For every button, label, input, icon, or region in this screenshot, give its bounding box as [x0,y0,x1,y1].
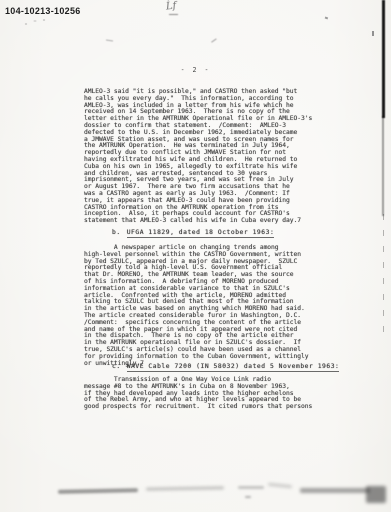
scan-artifact-tick [106,40,113,42]
subitem-b-heading: b.UFGA 11829, dated 18 October 1963: [112,229,274,236]
page-number: - 2 - [0,66,391,74]
scan-artifact-tick [325,17,328,19]
subitem-c-citation: WAVE Cable 7200 (IN 58032) dated 5 Novem… [127,363,340,372]
subitem-b-label: b. [112,229,121,236]
subitem-b-citation: UFGA 11829, dated 18 October 1963: [127,229,275,238]
scan-edge-line-dashes [383,214,384,339]
bottom-smudge [300,488,370,493]
pencil-annotation: Ĺf [165,0,176,12]
scan-edge-line [382,0,385,118]
scan-artifact-tick [372,31,374,36]
bottom-smudge [245,496,251,498]
bottom-smudge-blob [366,486,386,503]
paragraph-c-body: Transmission of a One Way Voice Link rad… [84,377,312,411]
paragraph-a-continuation: AMLEO-3 said "it is possible," and CASTR… [84,89,312,225]
bottom-smudge [238,486,264,489]
scan-artifact-tick [211,38,217,43]
bottom-smudge [58,488,138,494]
scan-edge-line-faded [382,116,384,216]
subitem-c-heading: c.WAVE Cable 7200 (IN 58032) dated 5 Nov… [112,363,339,370]
scanned-document-page: 104-10213-10256 Ĺf - 2 - AMLEO-3 said "i… [0,0,391,512]
bottom-smudge [146,486,224,490]
paragraph-b-body: A newspaper article on changing trends a… [84,245,308,367]
text-line: statement that AMLEO-3 called his wife i… [84,218,312,225]
text-line: good prospects for recruitment. It cited… [84,404,312,411]
document-record-number: 104-10213-10256 [5,6,81,16]
subitem-c-label: c. [112,363,121,370]
pencil-dash-mark [169,14,178,15]
bottom-smudge [268,483,292,488]
scan-artifact-scribble [22,17,48,27]
